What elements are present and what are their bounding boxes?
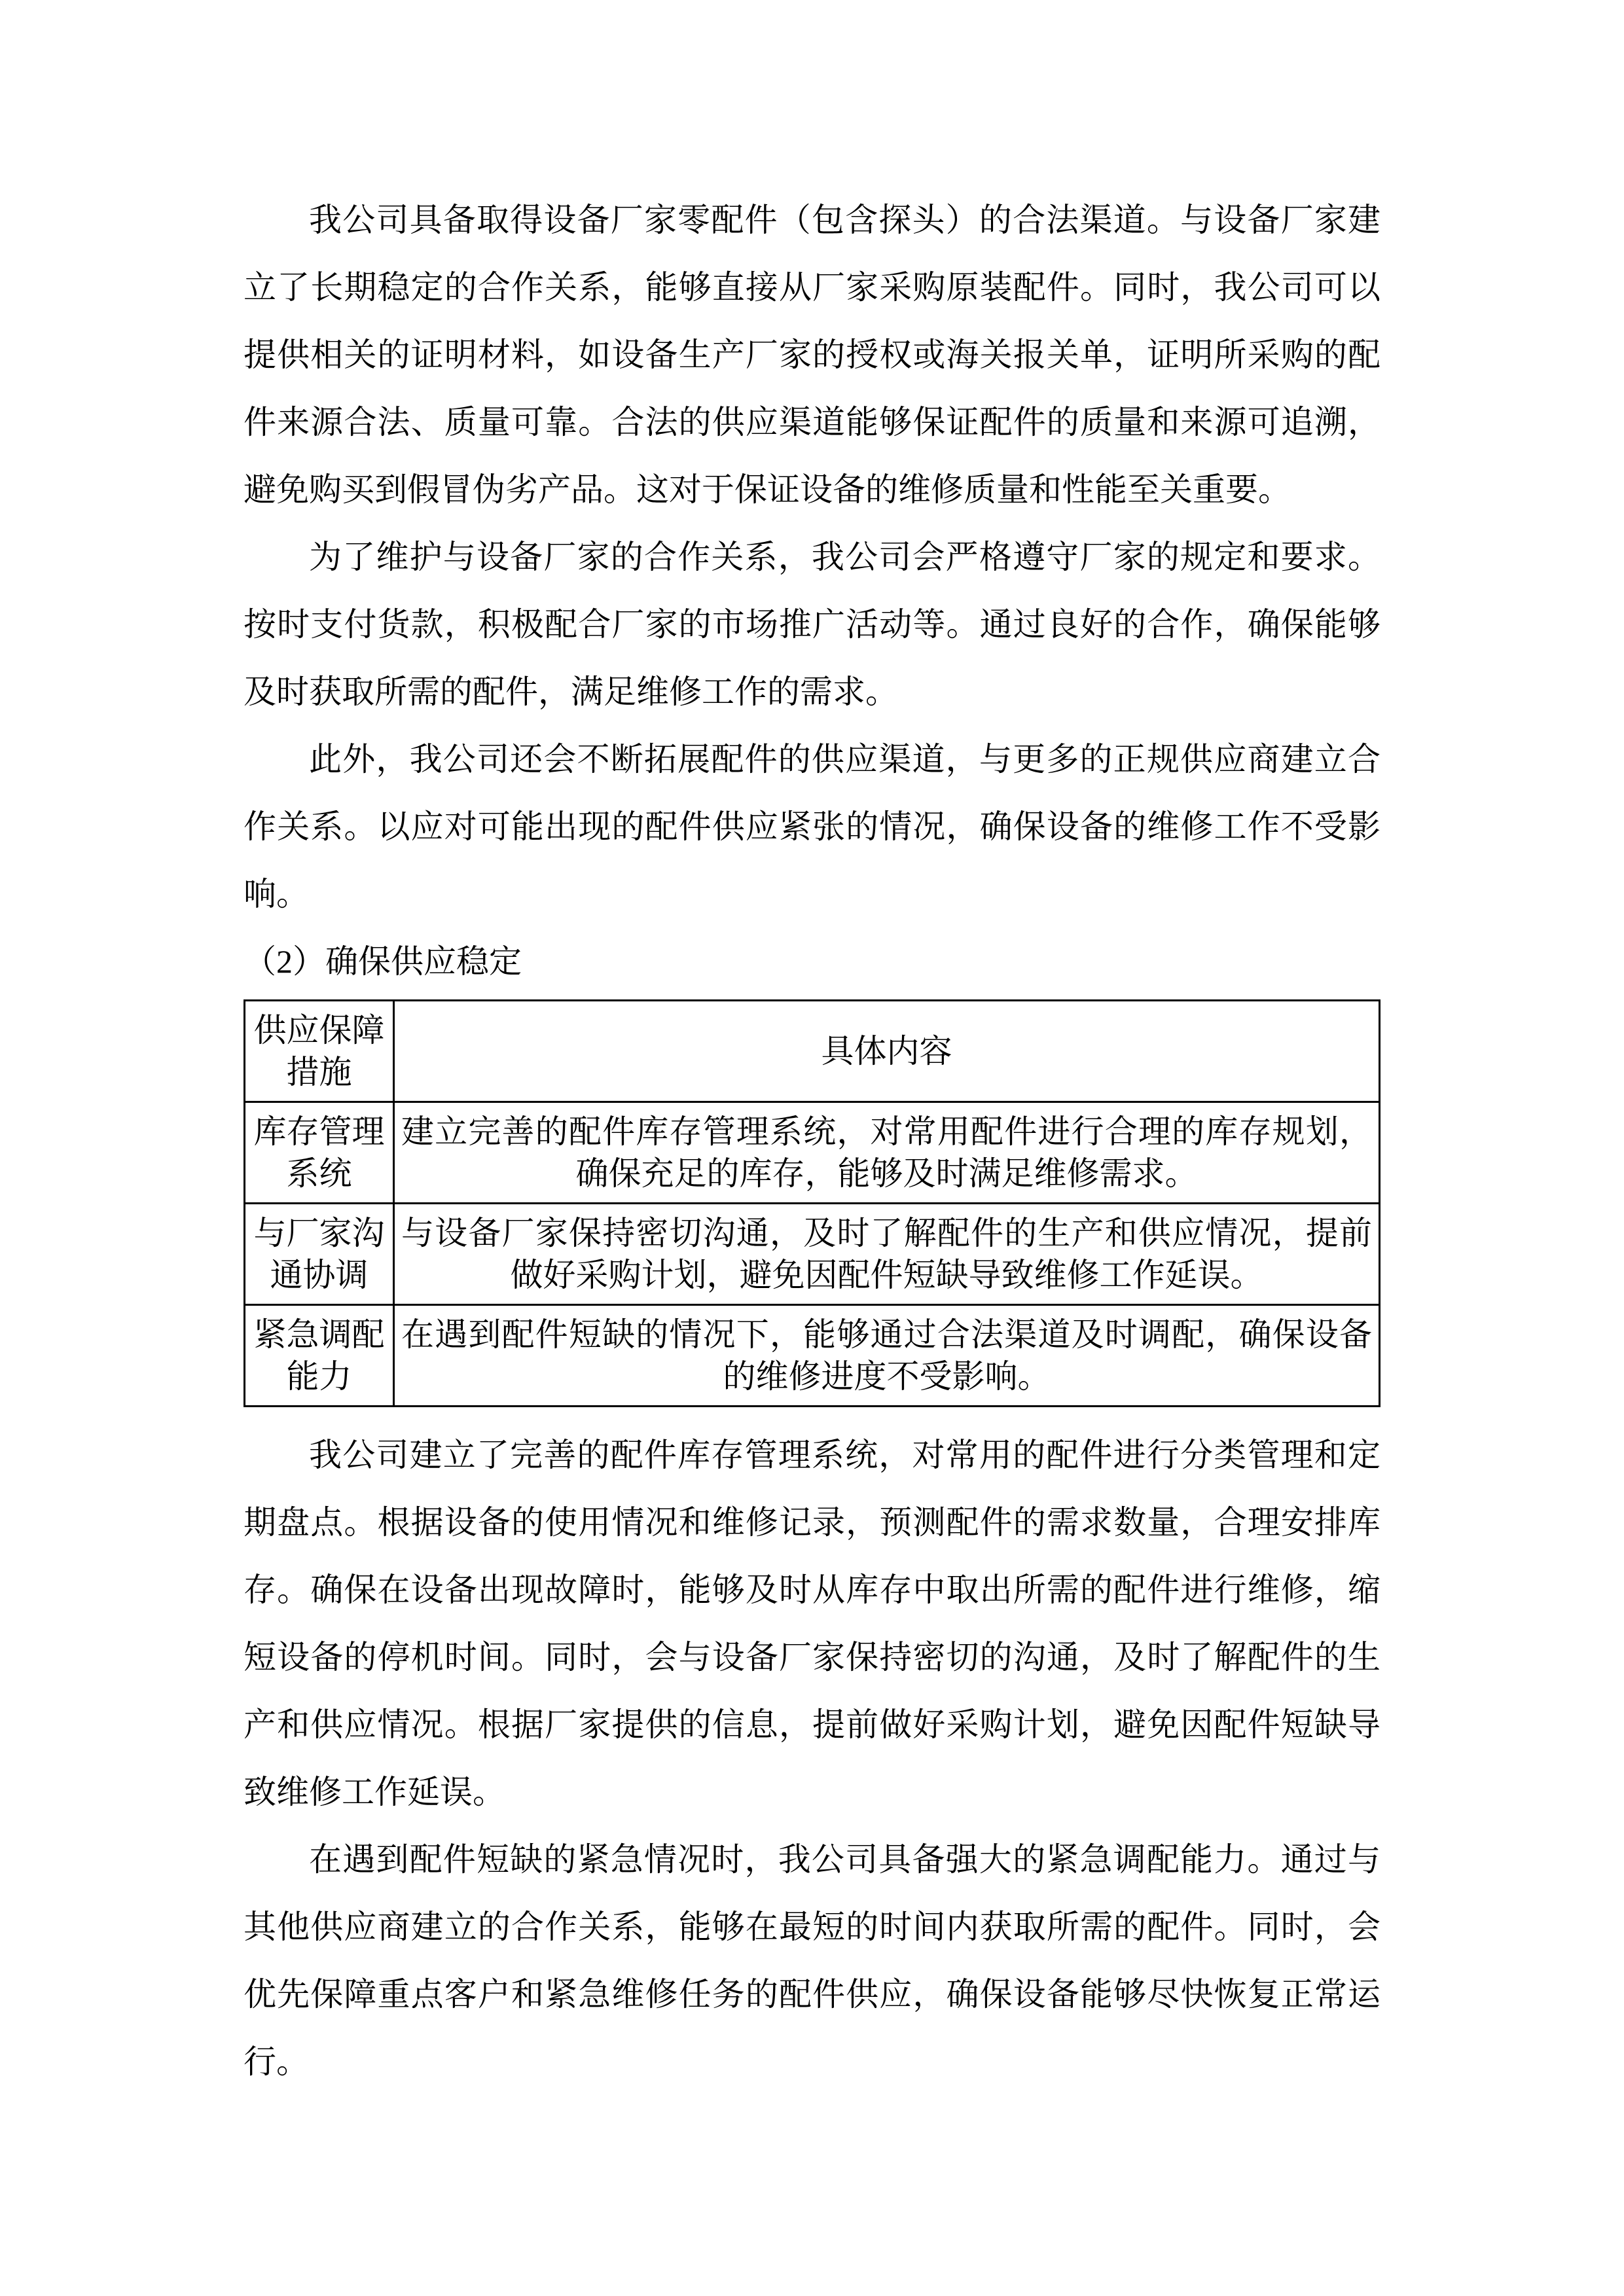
paragraph-legal-channels: 我公司具备取得设备厂家零配件（包含探头）的合法渠道。与设备厂家建立了长期稳定的合… [244,187,1380,524]
table-cell-detail: 在遇到配件短缺的情况下，能够通过合法渠道及时调配，确保设备的维修进度不受影响。 [394,1305,1380,1407]
supply-assurance-table: 供应保障措施 具体内容 库存管理系统 建立完善的配件库存管理系统，对常用配件进行… [244,999,1380,1407]
table-header-row: 供应保障措施 具体内容 [245,1001,1380,1102]
paragraph-expand-supply-channels: 此外，我公司还会不断拓展配件的供应渠道，与更多的正规供应商建立合作关系。以应对可… [244,726,1380,928]
table-row-inventory-system: 库存管理系统 建立完善的配件库存管理系统，对常用配件进行合理的库存规划，确保充足… [245,1102,1380,1204]
table-cell-detail: 与设备厂家保持密切沟通，及时了解配件的生产和供应情况，提前做好采购计划，避免因配… [394,1204,1380,1305]
document-content: 我公司具备取得设备厂家零配件（包含探头）的合法渠道。与设备厂家建立了长期稳定的合… [0,0,1624,2096]
paragraph-emergency-capability-detail: 在遇到配件短缺的紧急情况时，我公司具备强大的紧急调配能力。通过与其他供应商建立的… [244,1826,1380,2096]
paragraph-manufacturer-relationship: 为了维护与设备厂家的合作关系，我公司会严格遵守厂家的规定和要求。按时支付货款，积… [244,524,1380,726]
table-row-manufacturer-communication: 与厂家沟通协调 与设备厂家保持密切沟通，及时了解配件的生产和供应情况，提前做好采… [245,1204,1380,1305]
document-page: 我公司具备取得设备厂家零配件（包含探头）的合法渠道。与设备厂家建立了长期稳定的合… [0,0,1624,2296]
table-cell-measure: 紧急调配能力 [245,1305,394,1407]
section-heading: （2）确保供应稳定 [244,928,1380,996]
table-cell-measure: 与厂家沟通协调 [245,1204,394,1305]
table-header-detail: 具体内容 [394,1001,1380,1102]
table-cell-measure: 库存管理系统 [245,1102,394,1204]
table-cell-detail: 建立完善的配件库存管理系统，对常用配件进行合理的库存规划，确保充足的库存，能够及… [394,1102,1380,1204]
table-row-emergency-allocation: 紧急调配能力 在遇到配件短缺的情况下，能够通过合法渠道及时调配，确保设备的维修进… [245,1305,1380,1407]
table-header-measure: 供应保障措施 [245,1001,394,1102]
paragraph-inventory-management-detail: 我公司建立了完善的配件库存管理系统，对常用的配件进行分类管理和定期盘点。根据设备… [244,1422,1380,1826]
